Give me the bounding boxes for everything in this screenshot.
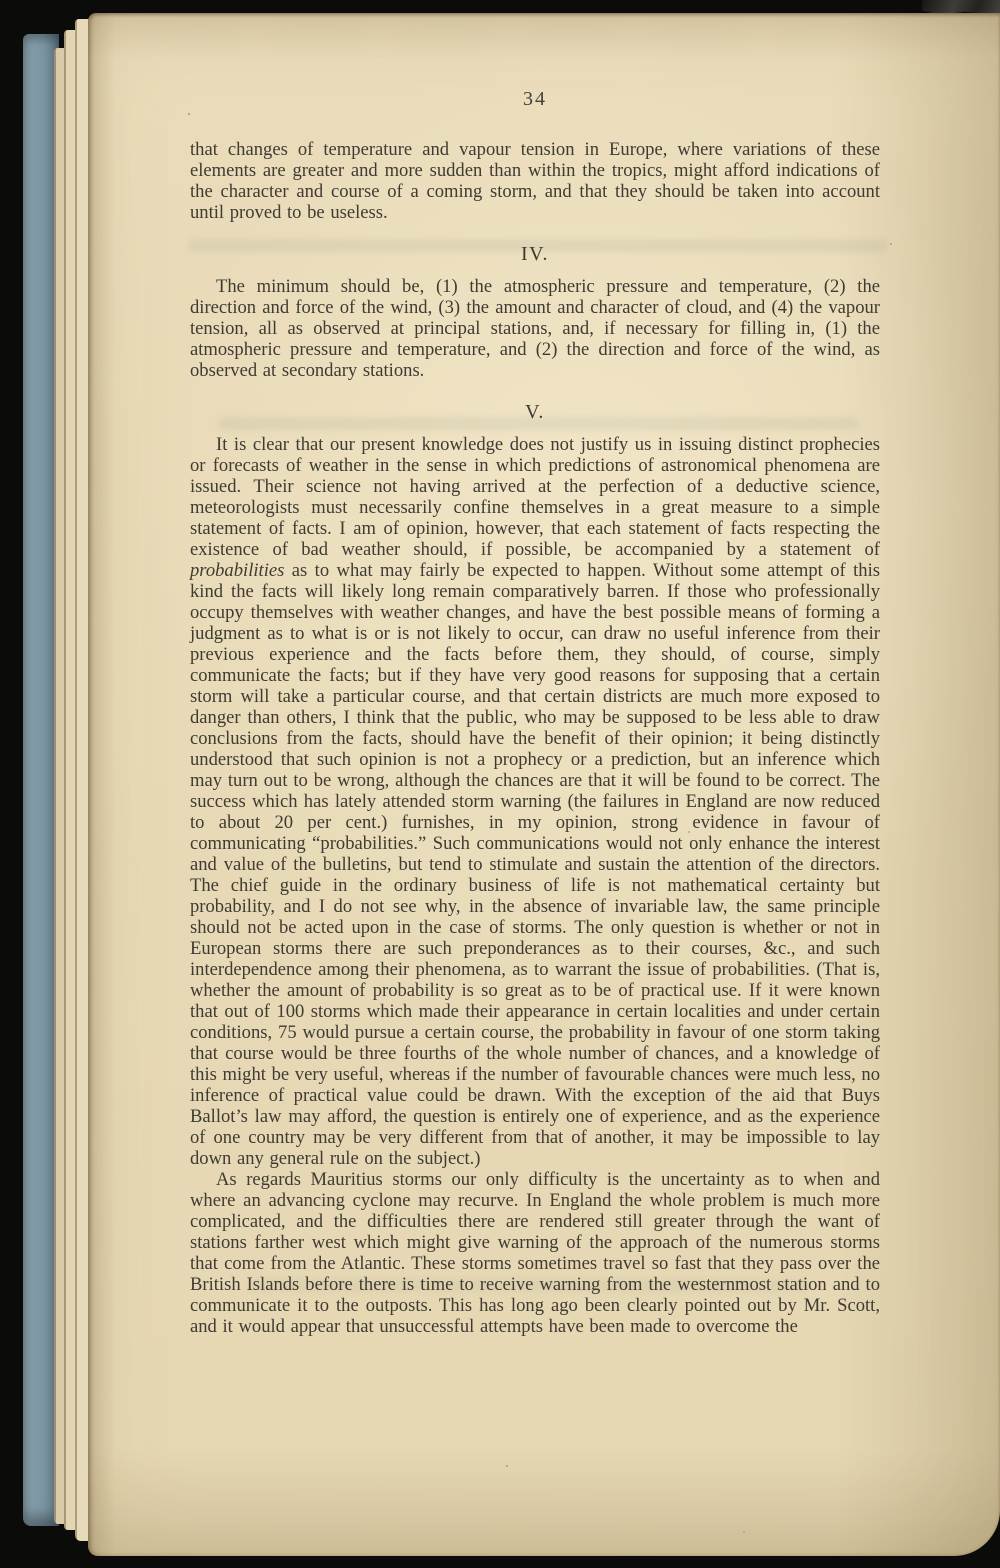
book-page: 34 that changes of temperature and vapou… (88, 13, 1000, 1556)
page-number: 34 (190, 88, 880, 111)
body-paragraph: that changes of temperature and vapour t… (190, 139, 880, 223)
section-heading: V. (190, 402, 880, 423)
paper-specks (188, 113, 190, 115)
page-text: that changes of temperature and vapour t… (190, 139, 880, 1337)
body-paragraph: The minimum should be, (1) the atmospher… (190, 276, 880, 381)
scanner-background: 34 that changes of temperature and vapou… (0, 0, 1000, 1568)
section-heading: IV. (190, 244, 880, 265)
body-paragraph: As regards Mauritius storms our only dif… (190, 1169, 880, 1337)
body-paragraph: It is clear that our present knowledge d… (190, 434, 880, 1169)
